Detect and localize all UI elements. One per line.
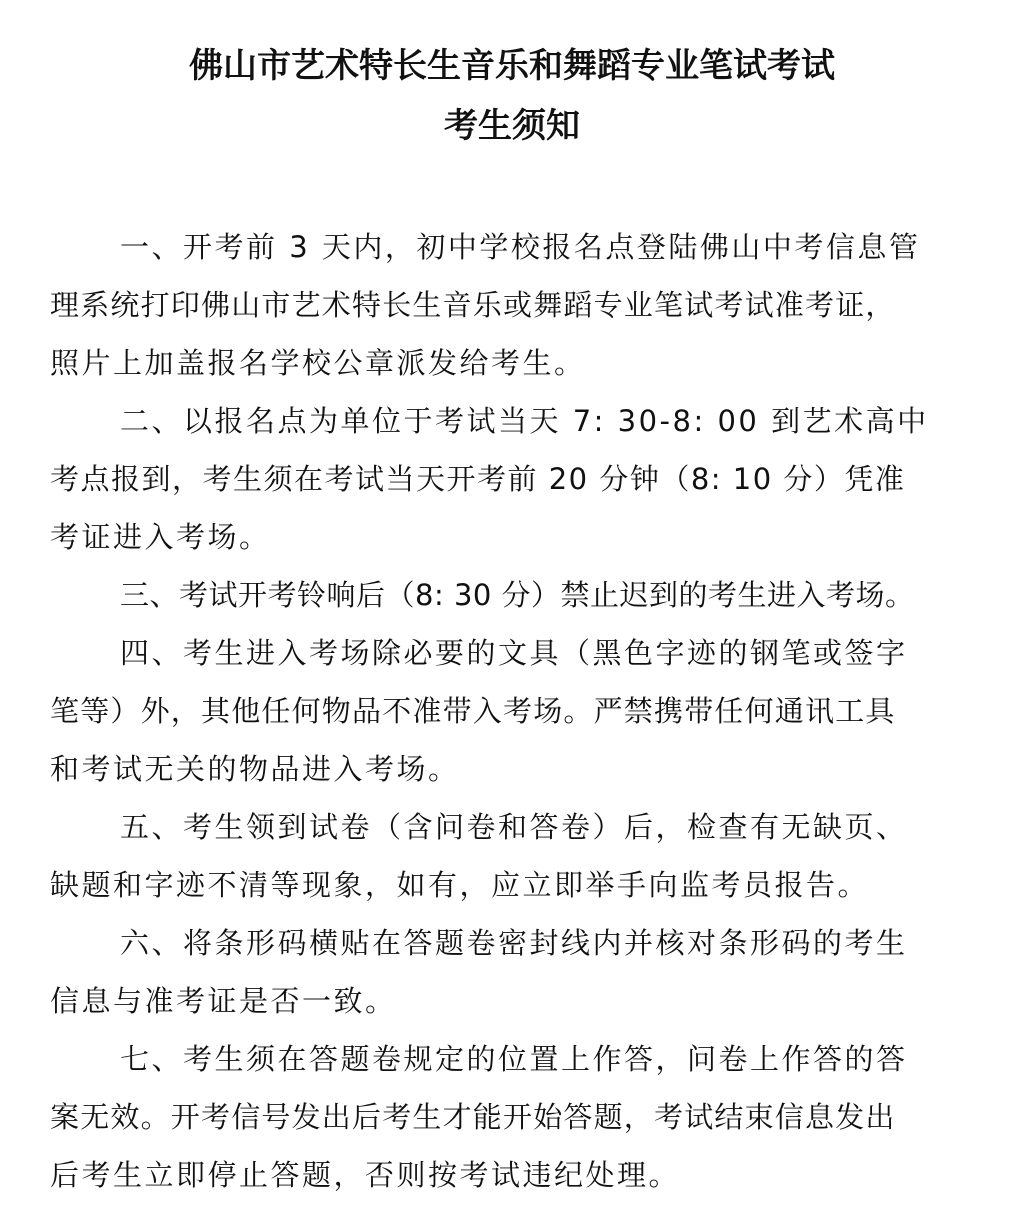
paragraph-line: 案无效。开考信号发出后考生才能开始答题，考试结束信息发出 bbox=[50, 1088, 980, 1146]
paragraph-line: 理系统打印佛山市艺术特长生音乐或舞蹈专业笔试考试准考证， bbox=[50, 276, 980, 334]
paragraph-line: 和考试无关的物品进入考场。 bbox=[50, 740, 980, 798]
title-main: 佛山市艺术特长生音乐和舞蹈专业笔试考试 bbox=[0, 36, 1024, 96]
paragraph-2: 二、以报名点为单位于考试当天 7: 30-8: 00 到艺术高中 考点报到，考生… bbox=[50, 392, 980, 566]
paragraph-line: 照片上加盖报名学校公章派发给考生。 bbox=[50, 334, 980, 392]
document-title: 佛山市艺术特长生音乐和舞蹈专业笔试考试 考生须知 bbox=[0, 36, 1024, 156]
paragraph-line: 七、考生须在答题卷规定的位置上作答，问卷上作答的答 bbox=[50, 1030, 980, 1088]
paragraph-3: 三、考试开考铃响后（8: 30 分）禁止迟到的考生进入考场。 bbox=[50, 566, 980, 624]
paragraph-5: 五、考生领到试卷（含问卷和答卷）后，检查有无缺页、 缺题和字迹不清等现象，如有，… bbox=[50, 798, 980, 914]
paragraph-line: 三、考试开考铃响后（8: 30 分）禁止迟到的考生进入考场。 bbox=[50, 566, 980, 624]
paragraph-line: 五、考生领到试卷（含问卷和答卷）后，检查有无缺页、 bbox=[50, 798, 980, 856]
paragraph-line: 缺题和字迹不清等现象，如有，应立即举手向监考员报告。 bbox=[50, 856, 980, 914]
paragraph-7: 七、考生须在答题卷规定的位置上作答，问卷上作答的答 案无效。开考信号发出后考生才… bbox=[50, 1030, 980, 1204]
paragraph-line: 一、开考前 3 天内，初中学校报名点登陆佛山中考信息管 bbox=[50, 218, 980, 276]
paragraph-line: 笔等）外，其他任何物品不准带入考场。严禁携带任何通讯工具 bbox=[50, 682, 980, 740]
paragraph-line: 四、考生进入考场除必要的文具（黑色字迹的钢笔或签字 bbox=[50, 624, 980, 682]
paragraph-line: 考点报到，考生须在考试当天开考前 20 分钟（8: 10 分）凭准 bbox=[50, 450, 980, 508]
title-sub: 考生须知 bbox=[0, 96, 1024, 156]
paragraph-line: 六、将条形码横贴在答题卷密封线内并核对条形码的考生 bbox=[50, 914, 980, 972]
paragraph-line: 考证进入考场。 bbox=[50, 508, 980, 566]
paragraph-1: 一、开考前 3 天内，初中学校报名点登陆佛山中考信息管 理系统打印佛山市艺术特长… bbox=[50, 218, 980, 392]
paragraph-6: 六、将条形码横贴在答题卷密封线内并核对条形码的考生 信息与准考证是否一致。 bbox=[50, 914, 980, 1030]
document-body: 一、开考前 3 天内，初中学校报名点登陆佛山中考信息管 理系统打印佛山市艺术特长… bbox=[50, 218, 980, 1204]
paragraph-4: 四、考生进入考场除必要的文具（黑色字迹的钢笔或签字 笔等）外，其他任何物品不准带… bbox=[50, 624, 980, 798]
paragraph-line: 信息与准考证是否一致。 bbox=[50, 972, 980, 1030]
paragraph-line: 二、以报名点为单位于考试当天 7: 30-8: 00 到艺术高中 bbox=[50, 392, 980, 450]
paragraph-line: 后考生立即停止答题，否则按考试违纪处理。 bbox=[50, 1146, 980, 1204]
